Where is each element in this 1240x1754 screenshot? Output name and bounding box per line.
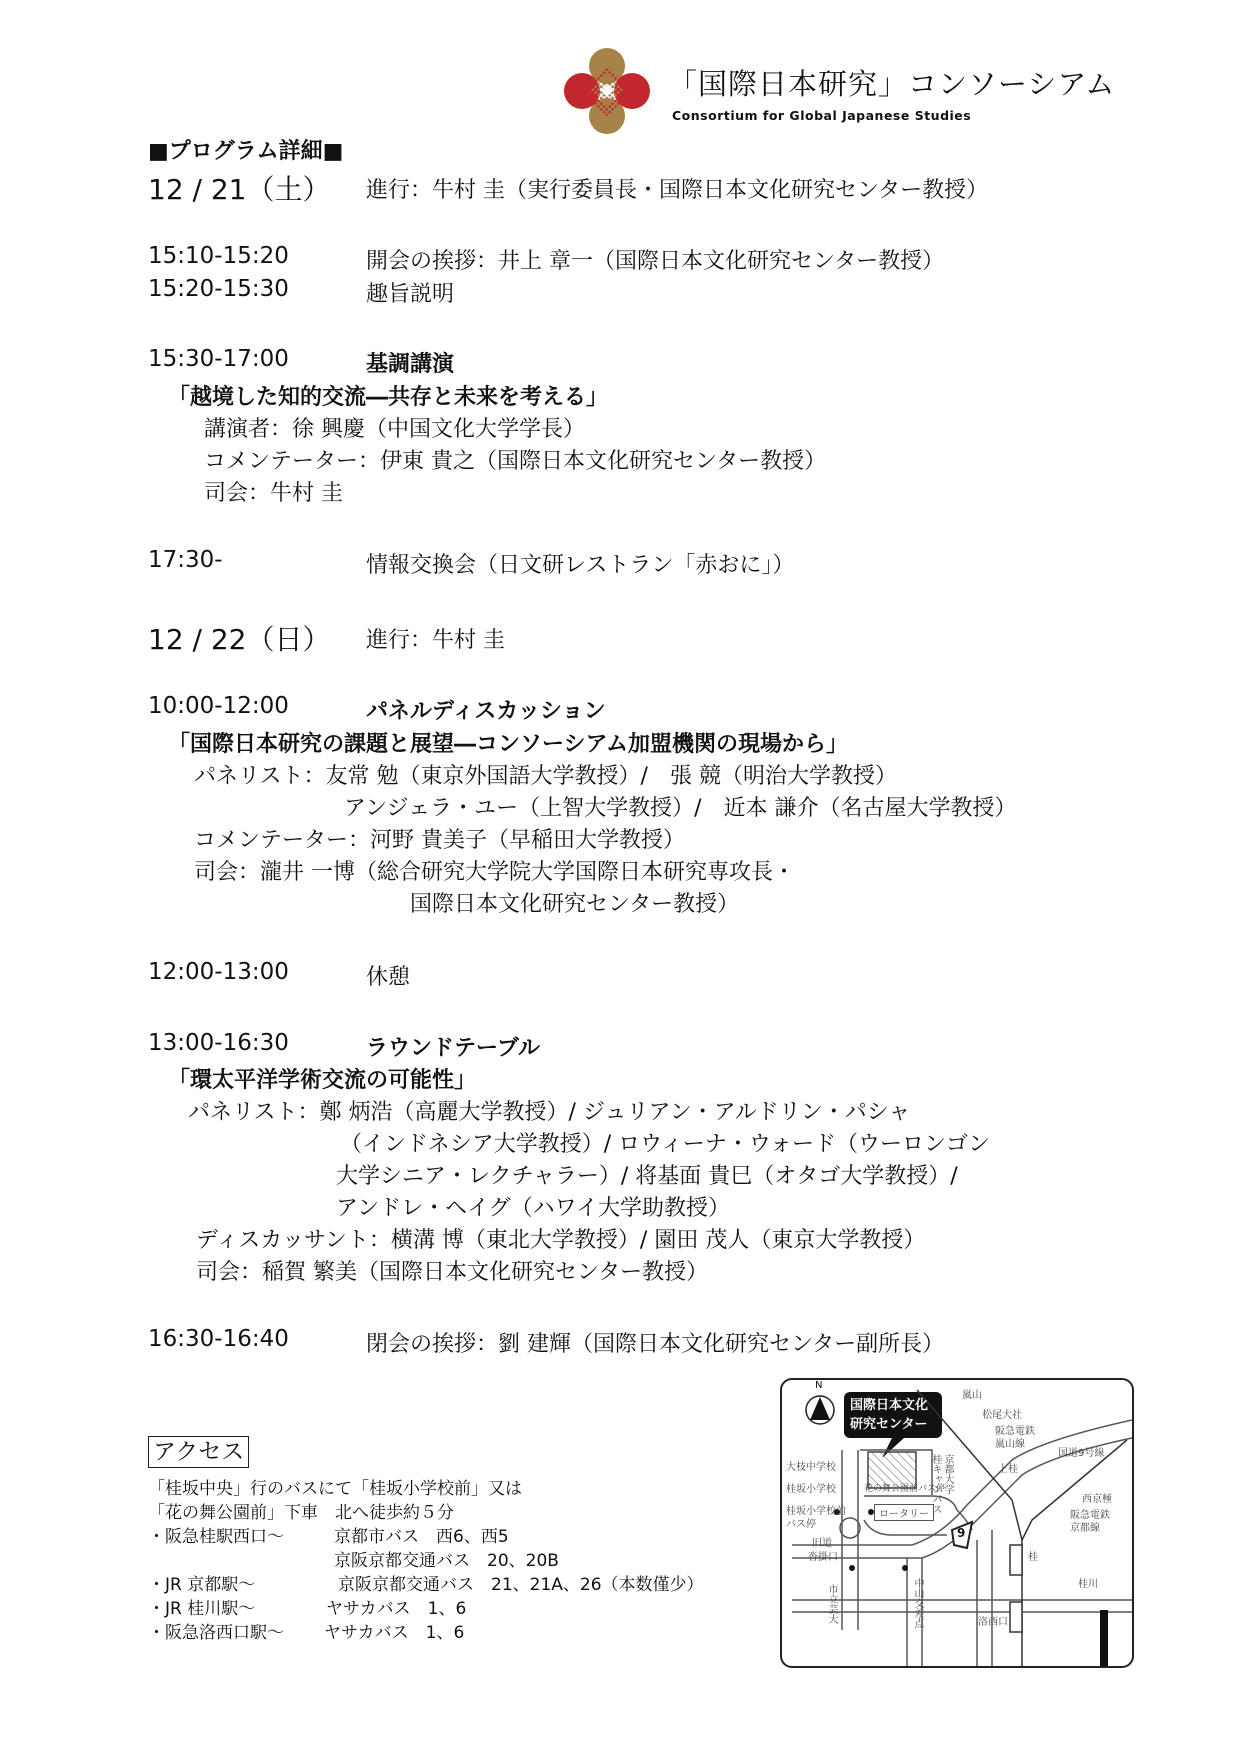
map-label: 市立芸大 bbox=[824, 1584, 839, 1624]
schedule-time: 15:20-15:30 bbox=[148, 276, 289, 302]
schedule-text: 情報交換会（日文研レストラン「赤おに」） bbox=[366, 548, 794, 579]
keynote-speaker: 講演者：徐 興慶（中国文化大学学長） bbox=[204, 412, 585, 443]
keynote-title: 基調講演 bbox=[366, 347, 454, 378]
schedule-text: 閉会の挨拶：劉 建輝（国際日本文化研究センター副所長） bbox=[366, 1327, 944, 1358]
schedule-time: 12:00-13:00 bbox=[148, 959, 289, 985]
schedule-time: 13:00-16:30 bbox=[148, 1030, 289, 1056]
route-from: ・JR 京都駅～ bbox=[148, 1570, 255, 1595]
map-label: 嵐山線 bbox=[995, 1435, 1025, 1450]
map-route-number: 9 bbox=[957, 1526, 965, 1540]
panel-panelists-cont: アンジェラ・ユー（上智大学教授）/ 近本 謙介（名古屋大学教授） bbox=[344, 791, 1017, 822]
map-label: ロータリー bbox=[874, 1504, 934, 1521]
map-label: バス停 bbox=[786, 1515, 816, 1530]
roundtable-panelists: パネリスト：鄭 炳浩（高麗大学教授）/ ジュリアン・アルドリン・パシャ bbox=[188, 1095, 910, 1126]
panel-title: パネルディスカッション bbox=[366, 694, 606, 725]
panel-commentator: コメンテーター：河野 貴美子（早稲田大学教授） bbox=[194, 823, 685, 854]
keynote-commentator: コメンテーター：伊東 貴之（国際日本文化研究センター教授） bbox=[204, 444, 826, 475]
logo-mark-icon bbox=[562, 46, 652, 136]
day1-moderator: 進行：牛村 圭（実行委員長・国際日本文化研究センター教授） bbox=[366, 173, 988, 204]
schedule-time: 15:10-15:20 bbox=[148, 243, 289, 269]
map-label: 旧道 bbox=[812, 1534, 832, 1549]
route-from: ・JR 桂川駅～ bbox=[148, 1594, 255, 1619]
map-label: 嵐山 bbox=[962, 1386, 982, 1401]
route-bus: ヤサカバス 1、6 bbox=[324, 1618, 464, 1643]
route-from: ・阪急桂駅西口～ bbox=[148, 1522, 284, 1547]
map-label: 松尾大社 bbox=[982, 1406, 1022, 1421]
access-map: 国際日本文化 研究センター N 嵐山 松尾大社 阪急電鉄 嵐山線 国道9号線 上… bbox=[780, 1378, 1134, 1668]
day1-date: 12 / 21（土） bbox=[148, 168, 331, 208]
map-label: 桂キャンパス bbox=[928, 1454, 943, 1514]
map-label: 国道9号線 bbox=[1058, 1444, 1104, 1459]
schedule-text: 開会の挨拶：井上 章一（国際日本文化研究センター教授） bbox=[366, 244, 944, 275]
route-bus: 京阪京都交通バス 20、20B bbox=[334, 1546, 559, 1571]
panel-chair-cont: 国際日本文化研究センター教授） bbox=[410, 887, 739, 918]
consortium-logo bbox=[562, 46, 652, 136]
consortium-name: 「国際日本研究」コンソーシアム bbox=[668, 62, 1115, 103]
map-institute-label: 国際日本文化 bbox=[850, 1394, 928, 1413]
roundtable-panelists-cont: （インドネシア大学教授）/ ロウィーナ・ウォード（ウーロンゴン bbox=[340, 1127, 990, 1158]
schedule-time: 10:00-12:00 bbox=[148, 693, 289, 719]
map-label: 上桂 bbox=[998, 1460, 1018, 1475]
map-label: 洛西口 bbox=[978, 1613, 1008, 1628]
access-intro: 「花の舞公園前」下車 北へ徒歩約５分 bbox=[148, 1498, 454, 1523]
map-label: 桂 bbox=[1028, 1548, 1038, 1563]
map-label: 大枝中学校 bbox=[786, 1458, 836, 1473]
roundtable-subtitle: 「環太平洋学術交流の可能性」 bbox=[168, 1063, 476, 1094]
map-institute-label: 研究センター bbox=[850, 1413, 927, 1432]
schedule-time: 17:30- bbox=[148, 547, 223, 573]
map-label: 京都線 bbox=[1070, 1519, 1100, 1534]
route-bus: ヤサカバス 1、6 bbox=[326, 1594, 466, 1619]
panel-chair: 司会：瀧井 一博（総合研究大学院大学国際日本研究専攻長・ bbox=[194, 855, 795, 886]
route-bus: 京阪京都交通バス 21、21A、26（本数僅少） bbox=[338, 1570, 704, 1595]
map-north-label: N bbox=[815, 1380, 822, 1391]
day2-date: 12 / 22（日） bbox=[148, 618, 331, 658]
map-label: 桂坂小学校 bbox=[786, 1480, 836, 1495]
keynote-chair: 司会：牛村 圭 bbox=[204, 476, 343, 507]
panel-panelists: パネリスト：友常 勉（東京外国語大学教授）/ 張 競（明治大学教授） bbox=[194, 759, 897, 790]
roundtable-title: ラウンドテーブル bbox=[366, 1031, 540, 1062]
route-from: ・阪急洛西口駅～ bbox=[148, 1618, 284, 1643]
route-bus: 京都市バス 西6、西5 bbox=[334, 1522, 509, 1547]
panel-subtitle: 「国際日本研究の課題と展望―コンソーシアム加盟機関の現場から」 bbox=[168, 727, 848, 758]
schedule-time: 15:30-17:00 bbox=[148, 346, 289, 372]
day2-moderator: 進行：牛村 圭 bbox=[366, 623, 505, 654]
schedule-text: 趣旨説明 bbox=[366, 277, 454, 308]
map-label: 西京極 bbox=[1082, 1490, 1112, 1505]
roundtable-discussants: ディスカッサント：横溝 博（東北大学教授）/ 園田 茂人（東京大学教授） bbox=[196, 1223, 925, 1254]
roundtable-panelists-cont: 大学シニア・レクチャラー）/ 将基面 貴巳（オタゴ大学教授）/ bbox=[336, 1159, 958, 1190]
consortium-name-english: Consortium for Global Japanese Studies bbox=[672, 108, 971, 123]
map-label: 桂川 bbox=[1078, 1575, 1098, 1590]
map-label: 沓掛口 bbox=[808, 1548, 838, 1563]
access-heading: アクセス bbox=[148, 1436, 249, 1468]
map-label: 中山交差点 bbox=[910, 1578, 925, 1628]
roundtable-chair: 司会：稲賀 繁美（国際日本文化研究センター教授） bbox=[196, 1255, 708, 1286]
access-intro: 「桂坂中央」行のバスにて「桂坂小学校前」又は bbox=[148, 1474, 522, 1499]
keynote-subtitle: 「越境した知的交流―共存と未来を考える」 bbox=[168, 380, 608, 411]
program-section-title: ■プログラム詳細■ bbox=[148, 134, 343, 165]
schedule-text: 休憩 bbox=[366, 960, 410, 991]
schedule-time: 16:30-16:40 bbox=[148, 1326, 289, 1352]
roundtable-panelists-cont: アンドレ・ヘイグ（ハワイ大学助教授） bbox=[336, 1191, 730, 1222]
